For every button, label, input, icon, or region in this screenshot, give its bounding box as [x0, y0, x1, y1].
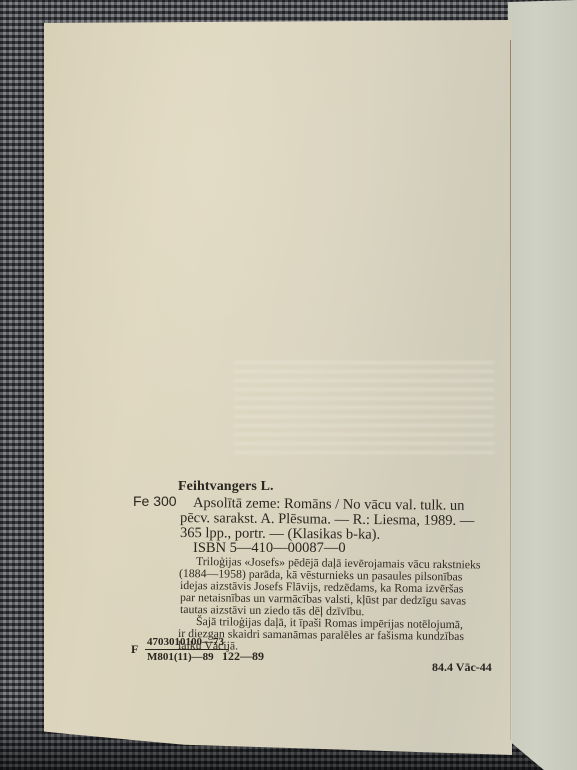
bleed-through-text — [234, 360, 494, 460]
page-gutter — [510, 40, 511, 740]
index-denominator: M801(11)—89 — [145, 650, 228, 663]
index-numerator: 4703010100—73 — [145, 636, 228, 650]
facing-page — [508, 0, 577, 770]
index-letter: F — [131, 643, 138, 655]
index-fraction: 4703010100—73 M801(11)—89 — [145, 636, 228, 663]
call-number: Fe 300 — [133, 494, 177, 508]
book-page — [44, 20, 512, 755]
classification-code: 84.4 Vāc-44 — [432, 661, 492, 673]
order-code: 122—89 — [222, 650, 264, 662]
author-heading: Feihtvangers L. — [178, 480, 274, 494]
